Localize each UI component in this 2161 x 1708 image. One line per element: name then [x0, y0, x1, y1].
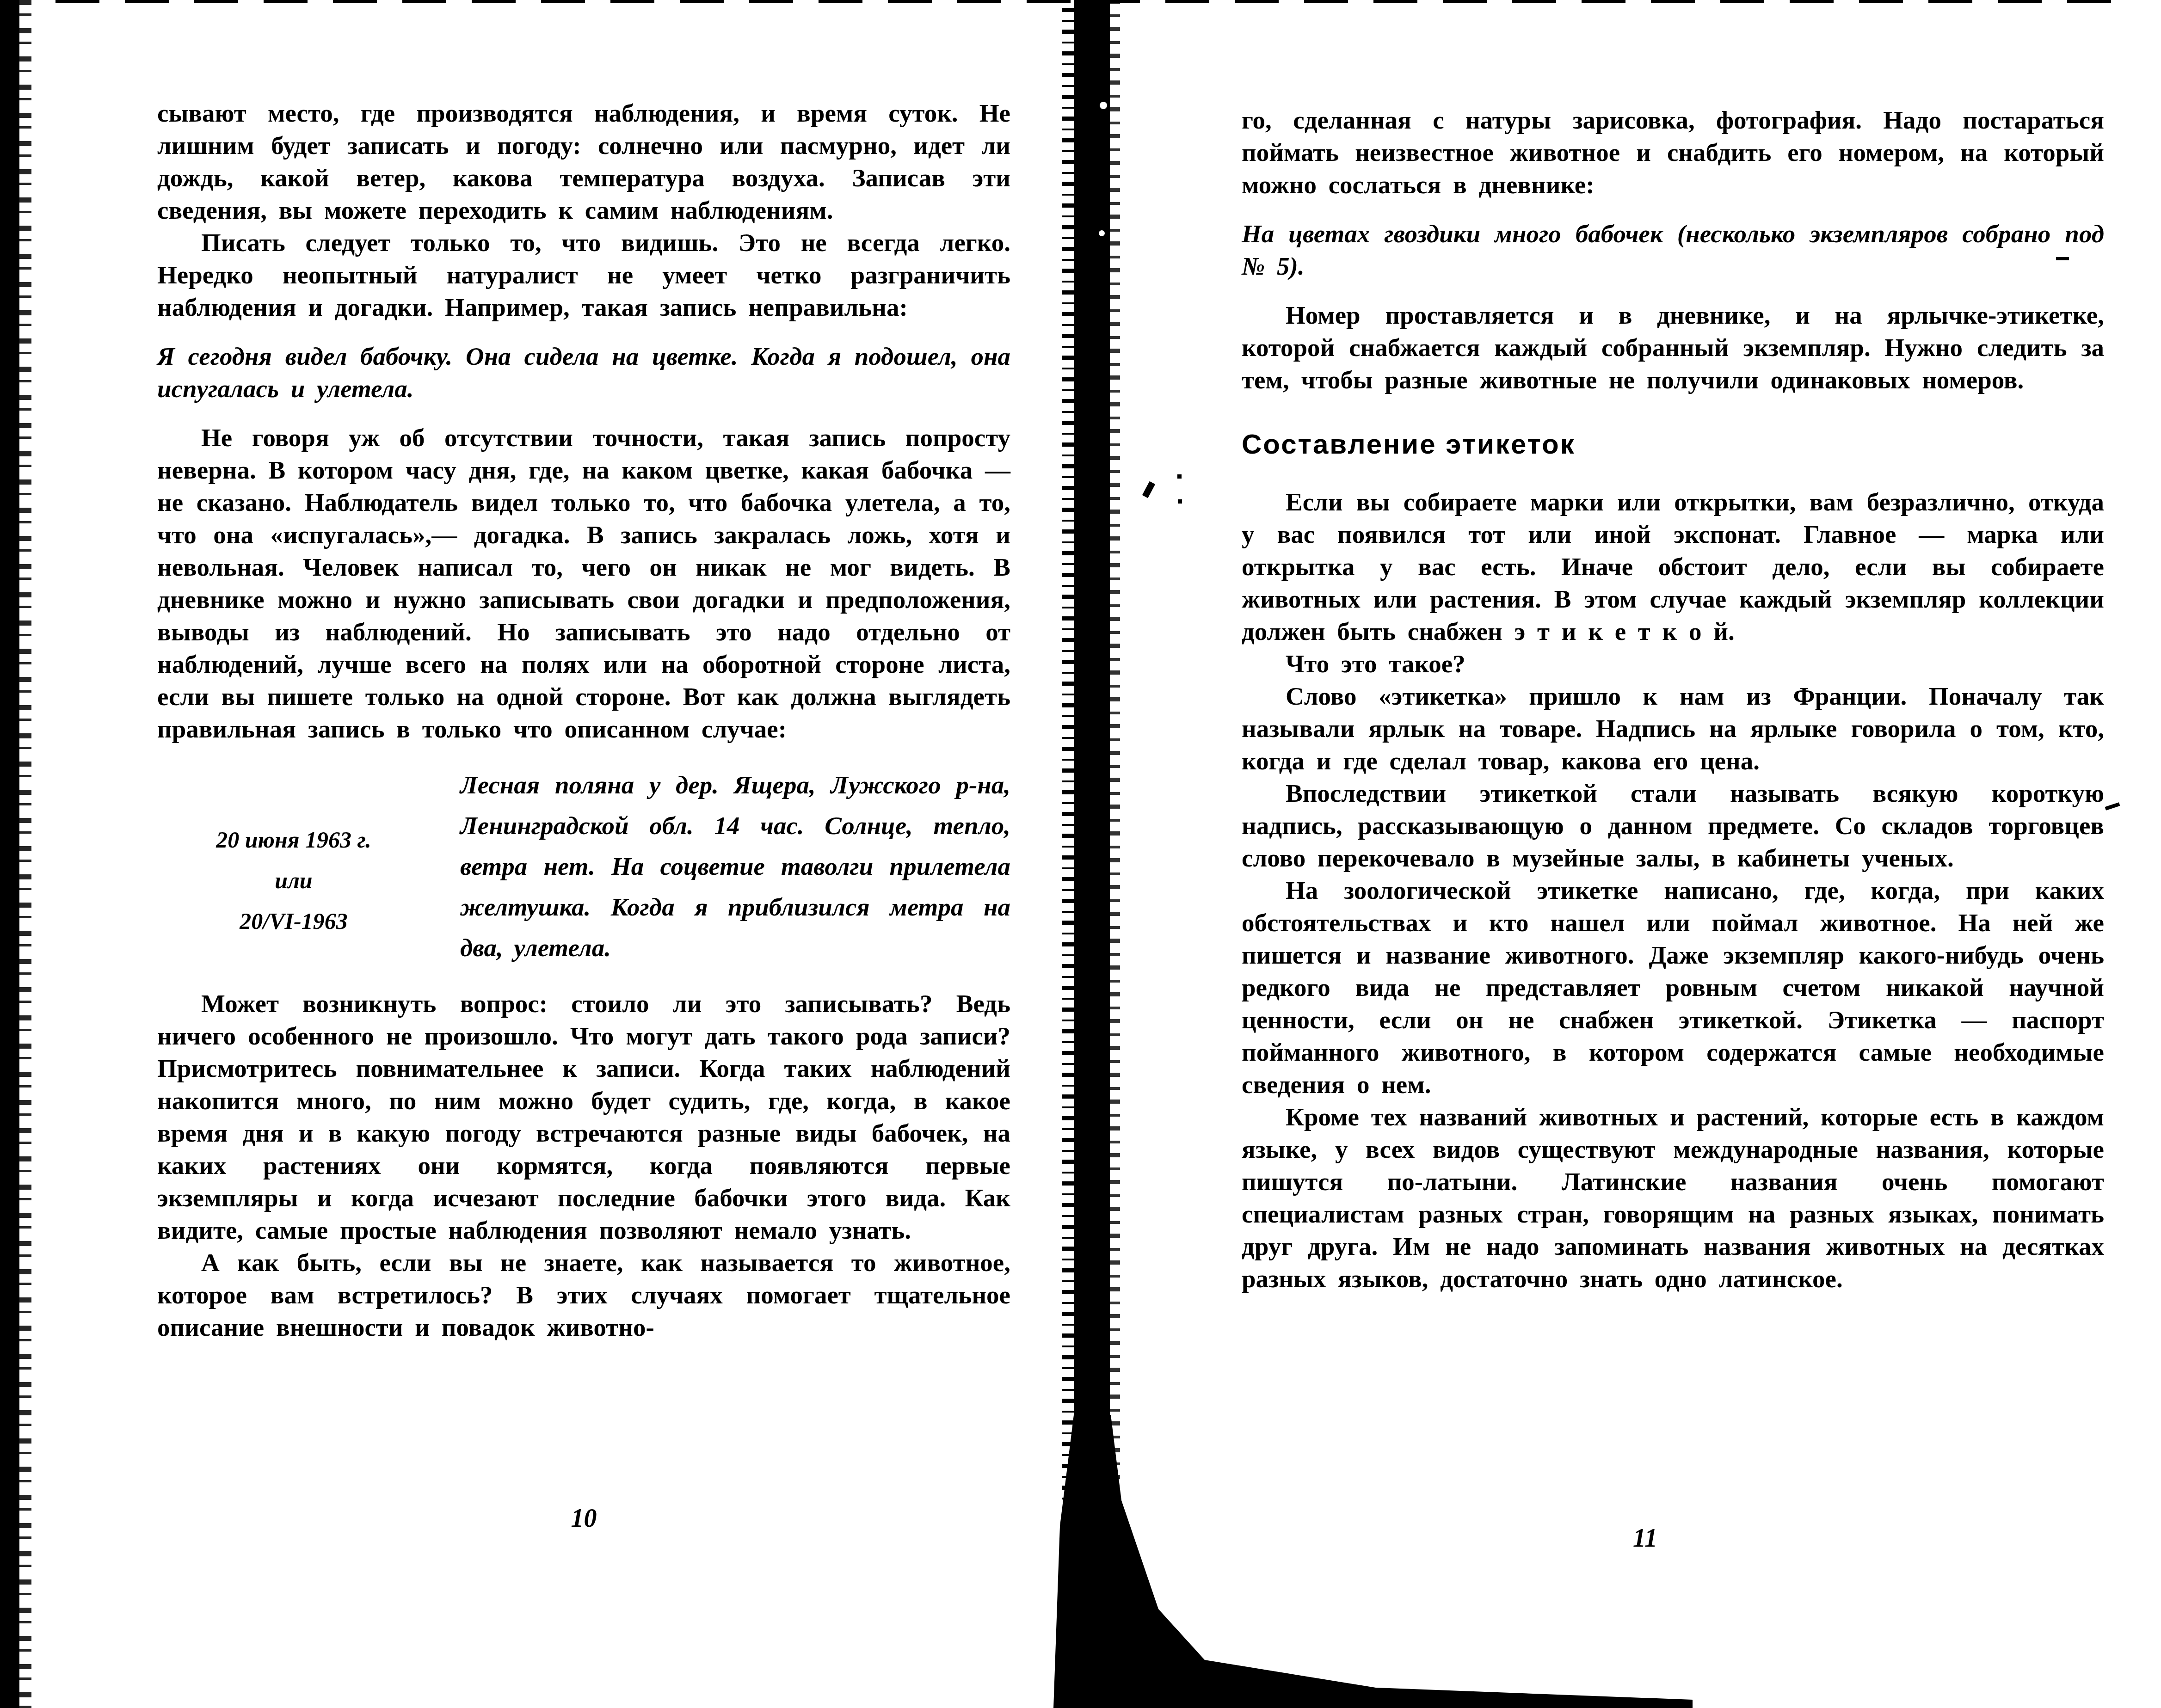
scan-white-speck	[1100, 102, 1107, 109]
paragraph-entry-analysis: Не говоря уж об отсутствии точности, так…	[157, 422, 1010, 745]
quote-carnation-entry: На цветах гвоздики много бабочек (нескол…	[1242, 218, 2104, 283]
paragraph-label-meaning-spread: Впоследствии этикеткой стали называть вс…	[1242, 777, 2104, 874]
scan-left-edge-artifact	[0, 0, 19, 1708]
diary-date-line: 20 июня 1963 г.	[157, 819, 430, 860]
paragraph-sketch-continuation: го, сделанная с натуры зарисовка, фотогр…	[1242, 104, 2104, 201]
scan-ink-speck	[2105, 802, 2120, 810]
section-heading-making-labels: Составление этикеток	[1242, 430, 2104, 459]
diary-entry-text: Лесная поляна у дер. Ящера, Лужского р-н…	[430, 765, 1010, 968]
paragraph-stamps-vs-specimens: Если вы собираете марки или открытки, ва…	[1242, 486, 2104, 648]
paragraph-observation-intro: сывают место, где производятся наблюдени…	[157, 97, 1010, 227]
paragraph-latin-names: Кроме тех названий животных и растений, …	[1242, 1101, 2104, 1295]
left-page: сывают место, где производятся наблюдени…	[157, 0, 1010, 1708]
right-page: го, сделанная с натуры зарисовка, фотогр…	[1242, 0, 2104, 1708]
paragraph-unknown-animal: А как быть, если вы не знаете, как назыв…	[157, 1247, 1010, 1344]
quote-wrong-diary-entry: Я сегодня видел бабочку. Она сидела на ц…	[157, 340, 1010, 405]
left-page-text-block: сывают место, где производятся наблюдени…	[157, 97, 1010, 1344]
scan-ink-speck	[1142, 481, 1155, 498]
paragraph-write-only-what-you-see: Писать следует только то, что видишь. Эт…	[157, 227, 1010, 324]
paragraph-numbering: Номер проставляется и в дневнике, и на я…	[1242, 299, 2104, 396]
scan-ink-speck	[1178, 499, 1182, 504]
diary-date-line: или	[157, 860, 430, 901]
paragraph-word-origin: Слово «этикетка» пришло к нам из Франции…	[1242, 680, 2104, 777]
page-number-left: 10	[157, 1504, 1010, 1533]
page-number-right: 11	[1242, 1524, 2104, 1553]
paragraph-value-of-records: Может возникнуть вопрос: стоило ли это з…	[157, 988, 1010, 1247]
right-page-text-block: го, сделанная с натуры зарисовка, фотогр…	[1242, 104, 2104, 1295]
scan-ink-speck	[1177, 474, 1182, 479]
scan-white-speck	[1099, 230, 1105, 236]
diary-entry-date: 20 июня 1963 г. или 20/VI-1963	[157, 765, 430, 968]
scan-left-edge-ragged-artifact	[19, 0, 31, 1708]
paragraph-zoological-label: На зоологической этикетке написано, где,…	[1242, 874, 2104, 1101]
paragraph-what-is-it: Что это такое?	[1242, 648, 2104, 680]
diary-entry-example: 20 июня 1963 г. или 20/VI-1963 Лесная по…	[157, 765, 1010, 968]
diary-date-line: 20/VI-1963	[157, 901, 430, 941]
